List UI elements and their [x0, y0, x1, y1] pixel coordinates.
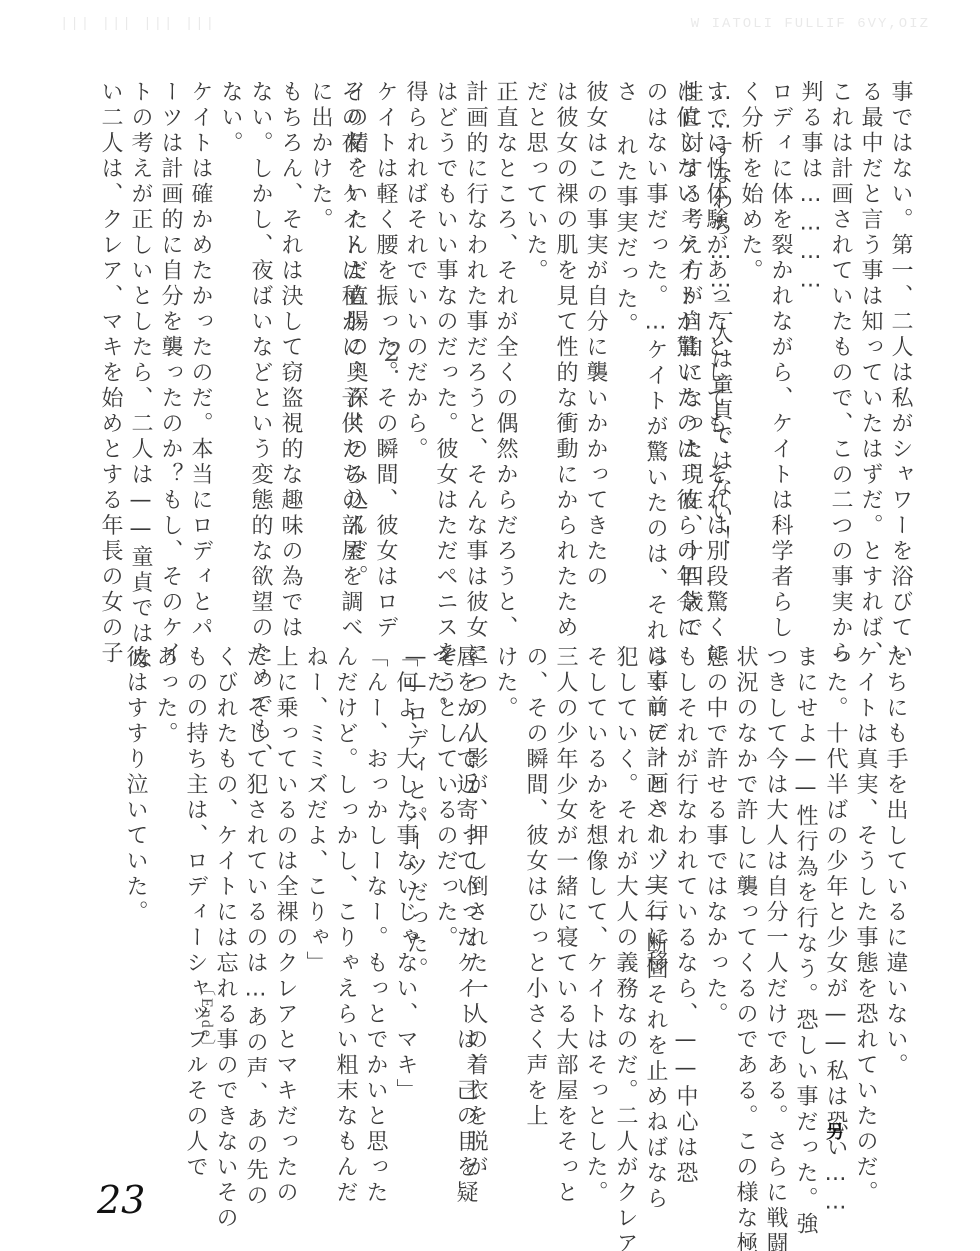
text-column: んだけど。しっかし、こりゃえらい粗末なもんだ — [330, 645, 360, 1165]
text-column: 彼女はこの事実が自分に襲いかかってきたの — [580, 80, 610, 620]
text-column: 「何よ、大した事ないじゃない、マキ」 — [390, 645, 420, 1165]
text-column: った。 — [420, 645, 450, 1165]
text-column: 正直なところ、それが全くの偶然からだろうと、 — [490, 80, 520, 620]
text-column: 唇をかんで近寄っていったケイトは、己の目を疑 — [450, 645, 480, 1165]
text-column: だと思っていた。 — [520, 80, 550, 620]
text-column: る最中だと言う事は知っていたはずだ。とすれば、 — [855, 80, 885, 620]
text-column: 得られればそれでいいのだから。 — [400, 80, 430, 620]
text-column: はどうでもいい事なのだった。彼女はただペニスを — [430, 80, 460, 620]
text-column: 三人の少年少女が一緒に寝ている大部屋をそっと — [550, 645, 580, 1165]
text-column: さ れた事実だった。 — [610, 80, 640, 620]
text-column: は彼女の裸の肌を見て性的な衝動にかられたため — [550, 80, 580, 620]
ende-label: 〔Ende〕 — [197, 980, 220, 1057]
text-column: は値しない。ケイトが驚いたのは、彼らの年令に — [670, 80, 700, 620]
faint-bleed-through-header: ||| ||| ||| ||| W IATOLI FULLIF 6VY,OIZ — [60, 14, 930, 34]
text-column: に出かけた。 — [305, 80, 335, 620]
text-block-top-left: その夜、ケイトは秘かに、子供たちの部屋を調べ に出かけた。 もちろん、それは決し… — [160, 80, 365, 620]
section-number: 2 — [385, 338, 402, 368]
text-column: そしているかを想像して、ケイトはそっとした。 — [580, 645, 610, 1165]
text-block-top-middle: すでに性体験があったとしても、それは別段驚くに は値しない。ケイトが驚いたのは、… — [400, 80, 730, 620]
text-column: その夜、ケイトは秘かに、子供たちの部屋を調べ — [335, 80, 365, 620]
text-column: 犯していく。それが大人の義務なのだ。二人がクレアを — [610, 645, 640, 1165]
text-block-bottom-right: たちにも手を出しているに違いない。 ケイトは真実、そうした事態を恐れていたのだ。… — [470, 645, 910, 1165]
text-column: すでに性体験があったとしても、それは別段驚くに — [700, 80, 730, 620]
text-column: あった。 — [150, 645, 180, 1165]
text-column: ケイトは真実、そうした事態を恐れていたのだ。 — [850, 645, 880, 1165]
faint-header-right: W IATOLI FULLIF 6VY,OIZ — [691, 16, 930, 32]
text-column: 計画的に行なわれた事だろうと、そんな事は彼女に — [460, 80, 490, 620]
text-column: の、その瞬間、彼女はひっと小さく声を上 — [520, 645, 550, 1165]
text-column: たちにも手を出しているに違いない。 — [880, 645, 910, 1165]
page-number: 23 — [97, 1178, 145, 1222]
text-column: 彼はすすり泣いていた。 — [120, 645, 150, 1165]
text-column: トの考えが正しいとしたら、二人は——童貞ではな — [125, 80, 155, 620]
text-block-bottom-left: 唇をかんで近寄っていったケイトは、己の目を疑 った。 「何よ、大した事ないじゃな… — [225, 645, 480, 1165]
text-column: 判る事は………… — [795, 80, 825, 620]
text-block-top-right: 事ではない。第一、二人は私がシャワーを浴びてい る最中だと言う事は知っていたはず… — [720, 80, 915, 620]
text-column: つきして今は大人は自分一人だけである。さらに戦闘はひ — [760, 645, 790, 1165]
text-column: く分析を始めた。 — [735, 80, 765, 620]
text-column: 態の中で許せる事ではなかった。 — [700, 645, 730, 1165]
text-column: まにせよ——性行為を行なう。恐しい事だった。強 — [790, 645, 820, 1165]
text-column: 事ではない。第一、二人は私がシャワーを浴びてい — [885, 80, 915, 620]
text-column: これは計画されていたもので、この二つの事実から — [825, 80, 855, 620]
text-column: だ。そして犯されているのは…あの声、あの先の — [240, 645, 270, 1165]
text-column: 状況のなかで許しに襲ってくるのである。この様な極限 — [730, 645, 760, 1165]
text-column: ロディに体を裂かれながら、ケイトは科学者らし — [765, 80, 795, 620]
text-column: 上に乗っているのは全裸のクレアとマキだったの — [270, 645, 300, 1165]
handwritten-stamp: 另 — [826, 1118, 844, 1144]
text-column: ない。 — [215, 80, 245, 620]
faint-header-left: ||| ||| ||| ||| — [60, 16, 216, 32]
text-column: 「んー、おっかしーなー。もっとでかいと思った — [360, 645, 390, 1165]
text-column: らくロディとパーツ——断固それを止めねばなら — [640, 645, 670, 1165]
text-column: くびれたもの、ケイトには忘れる事のできないその — [210, 645, 240, 1165]
text-column: い二人は、クレア、マキを始めとする年長の女の子 — [95, 80, 125, 620]
text-column: ーツは計画的に自分を襲ったのか？もし、そのケイ — [155, 80, 185, 620]
text-column: もちろん、それは決して窃盗視的な趣味の為では — [275, 80, 305, 620]
text-column: った。十代半ばの少年と少女が——私は恐い…… — [820, 645, 850, 1165]
text-column: けた。 — [490, 645, 520, 1165]
text-column: ものの持ち主は、ロディーシャッフルその人で — [180, 645, 210, 1165]
text-column: もしそれが行なわれているなら、——中心は恐 — [670, 645, 700, 1165]
section-dot — [395, 370, 398, 373]
text-column: ない。しかし、夜ばいなどという変態的な欲望のためでも、 — [245, 80, 275, 620]
text-column: のはない事だった。…ケイトが驚いたのは、それは事前に計画され、実行に移 — [640, 80, 670, 620]
text-column: ねー、ミミズだよ、こりゃ」 — [300, 645, 330, 1165]
text-column: ケイトは確かめたかったのだ。本当にロディとパ — [185, 80, 215, 620]
